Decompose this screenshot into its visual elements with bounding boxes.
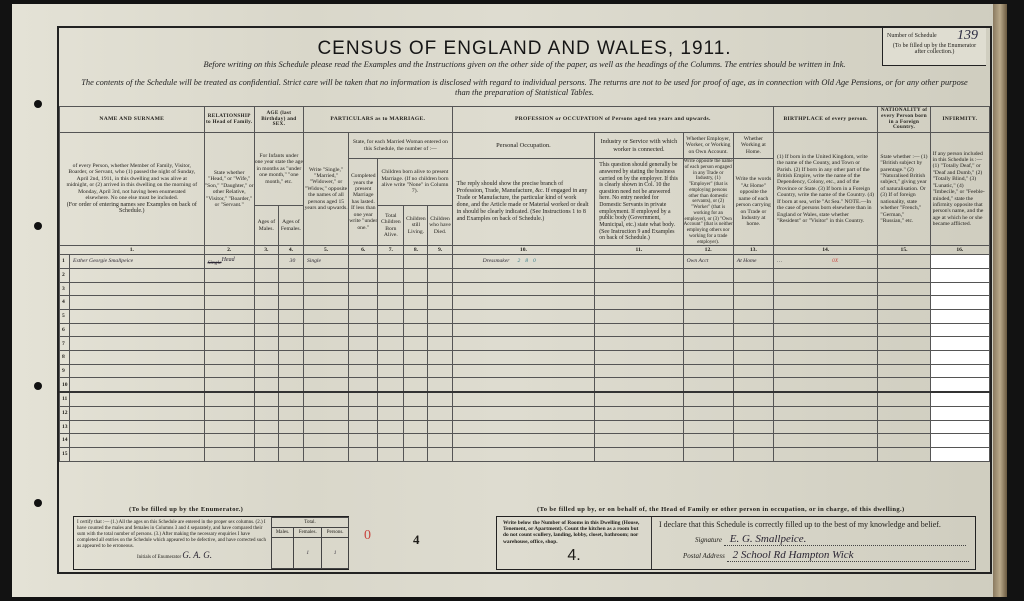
confidential-notice: The contents of the Schedule will be tre… <box>59 78 990 87</box>
marital-cell <box>303 364 348 378</box>
table-row: 9 <box>60 364 990 378</box>
children-died-cell <box>428 282 452 296</box>
table-row: 8 <box>60 351 990 365</box>
personal-occupation-title: Personal Occupation. <box>452 133 595 159</box>
name-cell <box>70 351 205 365</box>
occupation-cell <box>452 447 595 461</box>
children-living-cell <box>404 282 428 296</box>
signature-value: E. G. Smallpeice. <box>724 533 966 546</box>
children-living-cell <box>404 296 428 310</box>
marital-cell <box>303 296 348 310</box>
children-total-cell <box>378 364 404 378</box>
marital-cell <box>303 378 348 392</box>
infirmity-cell <box>930 351 989 365</box>
industry-cell <box>595 296 683 310</box>
name-cell <box>70 434 205 448</box>
children-total-cell <box>378 351 404 365</box>
header-infirmity: INFIRMITY. <box>930 107 989 133</box>
marriage-years-cell <box>349 296 378 310</box>
row-number: 4 <box>60 296 70 310</box>
name-cell <box>70 447 205 461</box>
col-num: 5. <box>303 246 348 255</box>
children-living-cell <box>404 420 428 434</box>
occupation-cell <box>452 282 595 296</box>
industry-cell <box>595 337 683 351</box>
children-living-cell <box>404 406 428 420</box>
at-home-cell <box>733 310 773 324</box>
row-number: 9 <box>60 364 70 378</box>
children-living-cell <box>404 434 428 448</box>
marital-cell <box>303 434 348 448</box>
table-row: 3 <box>60 282 990 296</box>
industry-cell <box>595 310 683 324</box>
industry-cell <box>595 434 683 448</box>
row-number: 14 <box>60 434 70 448</box>
industry-cell <box>595 392 683 406</box>
industry-cell <box>595 268 683 282</box>
employer-cell: Own Acct <box>683 255 733 269</box>
nationality-cell <box>878 392 930 406</box>
employer-cell <box>683 364 733 378</box>
employer-cell <box>683 392 733 406</box>
age-females-cell <box>278 406 303 420</box>
table-row: 14 <box>60 434 990 448</box>
marriage-years-cell <box>349 282 378 296</box>
header-age: AGE (last Birthday) and SEX. <box>254 107 303 133</box>
birthplace-cell <box>773 323 877 337</box>
relationship-cell <box>204 447 254 461</box>
marriage-write-desc: Write "Single," "Married," "Widower," or… <box>303 133 348 246</box>
relationship-cell <box>204 351 254 365</box>
employer-cell <box>683 310 733 324</box>
col-num: 6. <box>349 246 378 255</box>
age-males-cell <box>254 447 278 461</box>
census-form: CENSUS OF ENGLAND AND WALES, 1911. Befor… <box>57 26 992 574</box>
marriage-years-cell <box>349 337 378 351</box>
at-home-cell <box>733 337 773 351</box>
row-number: 13 <box>60 420 70 434</box>
col-num: 2. <box>204 246 254 255</box>
children-living-cell <box>404 392 428 406</box>
certify-text: I certify that :— (1.) All the ages on t… <box>77 520 266 549</box>
children-total-cell <box>378 310 404 324</box>
personal-occupation-desc: The reply should show the precise branch… <box>452 159 595 246</box>
birthplace-desc: (1) If born in the United Kingdom, write… <box>773 133 877 246</box>
nationality-cell <box>878 282 930 296</box>
children-total-label: Total Children Born Alive. <box>378 205 404 245</box>
at-home-cell <box>733 351 773 365</box>
occupation-cell <box>452 406 595 420</box>
name-cell <box>70 310 205 324</box>
name-cell <box>70 296 205 310</box>
industry-title: Industry or Service with which worker is… <box>595 133 683 159</box>
at-home-title: Whether Working at Home. <box>733 133 773 159</box>
census-table: NAME AND SURNAME RELATIONSHIP to Head of… <box>59 106 990 462</box>
children-living-cell <box>404 378 428 392</box>
age-females-cell <box>278 420 303 434</box>
infirmity-cell <box>930 282 989 296</box>
address-label: Postal Address <box>683 552 725 560</box>
nationality-cell <box>878 296 930 310</box>
name-cell <box>70 337 205 351</box>
birthplace-cell <box>773 406 877 420</box>
header-relationship: RELATIONSHIP to Head of Family. <box>204 107 254 133</box>
children-living-cell <box>404 364 428 378</box>
col-num: 7. <box>378 246 404 255</box>
children-total-cell <box>378 378 404 392</box>
children-total-cell <box>378 337 404 351</box>
table-row: 12 <box>60 406 990 420</box>
nationality-desc: State whether :— (1) "British subject by… <box>878 133 930 246</box>
name-cell <box>70 323 205 337</box>
infirmity-cell <box>930 268 989 282</box>
employer-cell <box>683 447 733 461</box>
nationality-cell <box>878 268 930 282</box>
age-males-cell <box>254 434 278 448</box>
relationship-cell: SingleHead <box>204 255 254 269</box>
col-num: 11. <box>595 246 683 255</box>
children-died-cell <box>428 406 452 420</box>
table-row: 5 <box>60 310 990 324</box>
marital-cell: Single <box>303 255 348 269</box>
industry-cell <box>595 378 683 392</box>
employer-cell <box>683 434 733 448</box>
marital-cell <box>303 310 348 324</box>
birthplace-mark: 0X <box>832 258 838 264</box>
marital-cell <box>303 447 348 461</box>
header-marriage: PARTICULARS as to MARRIAGE. <box>303 107 452 133</box>
children-total-cell <box>378 392 404 406</box>
name-desc: of every Person, whether Member of Famil… <box>66 163 197 201</box>
marital-cell <box>303 337 348 351</box>
occupation-cell <box>452 296 595 310</box>
header-nationality: NATIONALITY of every Person born in a Fo… <box>878 107 930 133</box>
name-cell <box>70 268 205 282</box>
relationship-cell <box>204 434 254 448</box>
enumerator-initials: G. A. G. <box>182 550 212 560</box>
infirmity-cell <box>930 420 989 434</box>
relationship-cell <box>204 392 254 406</box>
nationality-cell <box>878 323 930 337</box>
children-total-cell <box>378 268 404 282</box>
schedule-number-value: 139 <box>957 28 978 44</box>
industry-cell <box>595 447 683 461</box>
industry-cell <box>595 282 683 296</box>
infirmity-cell <box>930 337 989 351</box>
children-died-cell <box>428 310 452 324</box>
birthplace-cell <box>773 268 877 282</box>
marital-cell <box>303 420 348 434</box>
table-row: 1Esther Georgie SmallpeiceSingleHead30Si… <box>60 255 990 269</box>
table-row: 15 <box>60 447 990 461</box>
col-num: 13. <box>733 246 773 255</box>
at-home-cell <box>733 392 773 406</box>
children-died-cell <box>428 364 452 378</box>
age-males-cell <box>254 310 278 324</box>
nationality-cell <box>878 434 930 448</box>
marriage-years-cell <box>349 255 378 269</box>
children-living-cell <box>404 351 428 365</box>
relationship-cell <box>204 378 254 392</box>
at-home-cell <box>733 268 773 282</box>
enumerator-totals: Total. Males. Females. Persons. 1 1 <box>271 517 349 569</box>
infirmity-cell <box>930 296 989 310</box>
nationality-cell <box>878 310 930 324</box>
age-females-cell <box>278 447 303 461</box>
total-females: 1 <box>294 538 322 569</box>
marriage-years-cell <box>349 364 378 378</box>
relationship-cell <box>204 323 254 337</box>
punch-hole <box>34 382 42 390</box>
children-died-cell <box>428 296 452 310</box>
birthplace-value: … <box>777 258 782 264</box>
age-females-cell <box>278 378 303 392</box>
row-number: 2 <box>60 268 70 282</box>
relationship-cell <box>204 420 254 434</box>
enumerator-box: I certify that :— (1.) All the ages on t… <box>73 516 349 570</box>
age-females-cell <box>278 337 303 351</box>
infirmity-cell <box>930 378 989 392</box>
row-number: 7 <box>60 337 70 351</box>
occupation-cell <box>452 323 595 337</box>
age-females-cell <box>278 351 303 365</box>
children-living-cell <box>404 337 428 351</box>
row-number: 5 <box>60 310 70 324</box>
enumerator-certify: I certify that :— (1.) All the ages on t… <box>77 520 267 561</box>
marital-cell <box>303 282 348 296</box>
occupation-cell <box>452 434 595 448</box>
children-total-cell <box>378 420 404 434</box>
children-died-cell <box>428 323 452 337</box>
total-label: Total. <box>272 518 349 528</box>
nationality-cell <box>878 351 930 365</box>
relationship-cell <box>204 310 254 324</box>
children-died-cell <box>428 255 452 269</box>
birthplace-cell <box>773 337 877 351</box>
age-males-cell <box>254 406 278 420</box>
children-living-cell <box>404 310 428 324</box>
marriage-years-cell <box>349 406 378 420</box>
head-of-family-box: Write below the Number of Rooms in this … <box>496 516 976 570</box>
marital-cell <box>303 351 348 365</box>
schedule-number-note: (To be filled up by the Enumerator after… <box>887 43 982 55</box>
industry-cell <box>595 323 683 337</box>
industry-cell <box>595 364 683 378</box>
row-number: 6 <box>60 323 70 337</box>
occupation-cell <box>452 364 595 378</box>
at-home-cell <box>733 364 773 378</box>
address-value: 2 School Rd Hampton Wick <box>727 549 969 562</box>
ages-males-label: Ages of Males. <box>254 205 278 245</box>
col-num: 9. <box>428 246 452 255</box>
relationship-cell <box>204 406 254 420</box>
name-cell <box>70 406 205 420</box>
age-desc: For Infants under one year state the age… <box>254 133 303 206</box>
page-title: CENSUS OF ENGLAND AND WALES, 1911. <box>59 38 990 60</box>
children-total-cell <box>378 406 404 420</box>
binding-spine <box>993 4 1007 597</box>
age-females-cell <box>278 364 303 378</box>
children-head: Children born alive to present Marriage.… <box>378 159 452 206</box>
row-number: 11 <box>60 392 70 406</box>
occupation-cell: Dressmaker280 <box>452 255 595 269</box>
children-died-cell <box>428 268 452 282</box>
col-num: 8. <box>404 246 428 255</box>
rooms-box: Write below the Number of Rooms in this … <box>497 517 652 569</box>
birthplace-cell <box>773 434 877 448</box>
birthplace-cell <box>773 420 877 434</box>
row-number: 3 <box>60 282 70 296</box>
at-home-desc: Write the words "At Home" opposite the n… <box>733 159 773 246</box>
occupation-cell <box>452 351 595 365</box>
marriage-years-cell <box>349 420 378 434</box>
age-males-cell <box>254 378 278 392</box>
children-died-cell <box>428 378 452 392</box>
children-died-label: Children who have Died. <box>428 205 452 245</box>
employer-cell <box>683 268 733 282</box>
col-num: 15. <box>878 246 930 255</box>
marriage-years-cell <box>349 351 378 365</box>
rooms-instructions: Write below the Number of Rooms in this … <box>503 520 639 545</box>
row-number: 10 <box>60 378 70 392</box>
rooms-count: 4. <box>497 547 651 565</box>
relationship-cell <box>204 268 254 282</box>
age-females-cell <box>278 310 303 324</box>
age-females-cell <box>278 296 303 310</box>
industry-cell <box>595 255 683 269</box>
header-birthplace: BIRTHPLACE of every person. <box>773 107 877 133</box>
total-persons: 1 <box>322 538 349 569</box>
industry-cell <box>595 420 683 434</box>
employer-cell <box>683 282 733 296</box>
row-number: 15 <box>60 447 70 461</box>
relationship-cell <box>204 337 254 351</box>
age-males-cell <box>254 323 278 337</box>
punch-hole <box>34 499 42 507</box>
marriage-years-cell <box>349 323 378 337</box>
schedule-number-box: Number of Schedule 139 (To be filled up … <box>882 28 986 66</box>
table-row: 10 <box>60 378 990 392</box>
marriage-years-cell <box>349 310 378 324</box>
declaration-text: I declare that this Schedule is correctl… <box>659 520 941 529</box>
industry-desc: This question should generally be answer… <box>595 159 683 246</box>
children-total-cell <box>378 434 404 448</box>
name-cell <box>70 282 205 296</box>
at-home-cell <box>733 378 773 392</box>
at-home-cell <box>733 323 773 337</box>
signature-label: Signature <box>695 536 722 544</box>
table-row: 6 <box>60 323 990 337</box>
nationality-cell <box>878 420 930 434</box>
col-num: 1. <box>60 246 205 255</box>
employer-cell <box>683 323 733 337</box>
children-died-cell <box>428 434 452 448</box>
at-home-cell <box>733 420 773 434</box>
at-home-cell: At Home <box>733 255 773 269</box>
punch-hole <box>34 100 42 108</box>
children-died-cell <box>428 351 452 365</box>
marital-cell <box>303 268 348 282</box>
nationality-cell <box>878 378 930 392</box>
marriage-years-cell <box>349 268 378 282</box>
enumerator-heading: (To be filled up by the Enumerator.) <box>129 506 243 513</box>
table-row: 7 <box>60 337 990 351</box>
age-females-cell <box>278 323 303 337</box>
col-num: 3. <box>254 246 278 255</box>
birthplace-cell <box>773 296 877 310</box>
relationship-value: Single <box>208 260 222 266</box>
at-home-cell <box>733 434 773 448</box>
name-cell <box>70 378 205 392</box>
age-males-cell <box>254 364 278 378</box>
children-living-cell <box>404 268 428 282</box>
age-males-cell <box>254 268 278 282</box>
females-label: Females. <box>294 528 322 538</box>
birthplace-cell <box>773 310 877 324</box>
relationship-desc: State whether "Head," or "Wife," "Son," … <box>204 133 254 246</box>
occupation-cell <box>452 420 595 434</box>
confidential-notice-cont: than the preparation of Statistical Tabl… <box>59 88 990 97</box>
punch-hole <box>34 222 42 230</box>
birthplace-cell <box>773 447 877 461</box>
address-line: Postal Address 2 School Rd Hampton Wick <box>683 549 969 562</box>
birthplace-cell: …0X <box>773 255 877 269</box>
total-males <box>272 538 294 569</box>
employer-desc: Write opposite the name of each person e… <box>683 159 733 246</box>
infirmity-cell <box>930 406 989 420</box>
infirmity-cell <box>930 392 989 406</box>
at-home-cell <box>733 447 773 461</box>
marital-cell <box>303 392 348 406</box>
occupation-cell <box>452 392 595 406</box>
children-total-cell <box>378 282 404 296</box>
birthplace-cell <box>773 378 877 392</box>
occupation-value: Dressmaker <box>483 258 510 264</box>
birthplace-cell <box>773 392 877 406</box>
table-row: 11 <box>60 392 990 406</box>
children-total-cell <box>378 447 404 461</box>
employer-cell <box>683 406 733 420</box>
employer-cell <box>683 337 733 351</box>
nationality-cell <box>878 364 930 378</box>
relationship-cell <box>204 296 254 310</box>
employer-cell <box>683 420 733 434</box>
infirmity-cell <box>930 310 989 324</box>
nationality-cell <box>878 337 930 351</box>
at-home-cell <box>733 296 773 310</box>
males-label: Males. <box>272 528 294 538</box>
infirmity-cell <box>930 255 989 269</box>
age-males-cell <box>254 351 278 365</box>
pencil-mark: 4 <box>413 532 420 548</box>
age-females-cell <box>278 268 303 282</box>
col-num: 12. <box>683 246 733 255</box>
at-home-cell <box>733 282 773 296</box>
col-num: 14. <box>773 246 877 255</box>
age-males-cell <box>254 392 278 406</box>
infirmity-cell <box>930 434 989 448</box>
children-total-cell <box>378 323 404 337</box>
age-males-cell <box>254 337 278 351</box>
age-females-cell <box>278 392 303 406</box>
name-cell <box>70 364 205 378</box>
relationship-correction: Head <box>222 257 235 263</box>
row-number: 12 <box>60 406 70 420</box>
employer-cell <box>683 378 733 392</box>
marriage-years-desc: Completed years the present Marriage has… <box>349 159 378 246</box>
children-living-cell <box>404 447 428 461</box>
at-home-cell <box>733 406 773 420</box>
